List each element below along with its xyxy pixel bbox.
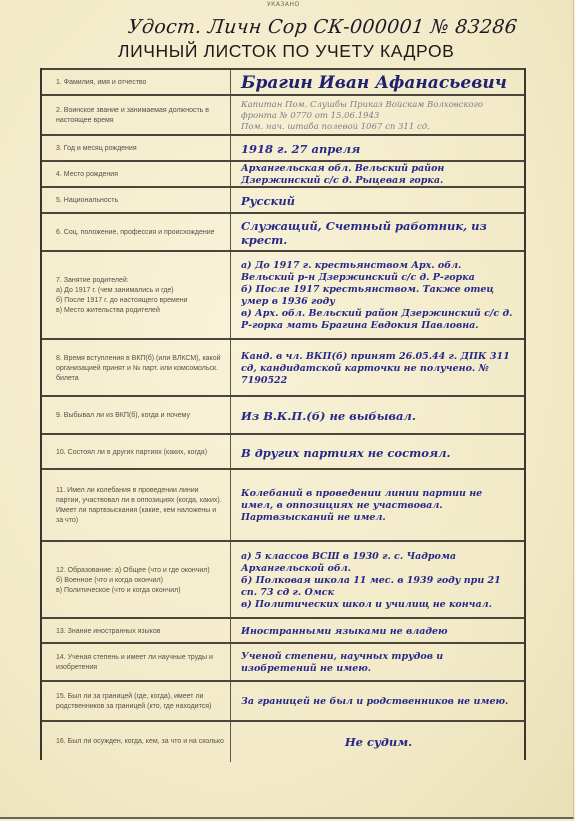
answer-military-rank: Капитан Пом. Слушбы Приказ Войскам Волхо…: [231, 96, 524, 136]
question-label: 2. Воинское звание и занимаемая должност…: [56, 106, 224, 126]
question-label: 10. Состоял ли в других партиях (каких, …: [56, 448, 207, 458]
form-row-languages: 13. Знание иностранных языков Иностранны…: [42, 617, 524, 644]
answer-full-name: Брагин Иван Афанасьевич: [231, 70, 524, 96]
answer-party-entry: Канд. в чл. ВКП(б) принят 26.05.44 г. ДП…: [231, 340, 524, 397]
personnel-form-table: 1. Фамилия, имя и отчество Брагин Иван А…: [40, 68, 526, 760]
answer-education: а) 5 классов ВСШ в 1930 г. с. Чадрома Ар…: [231, 542, 524, 619]
answer-party-line: Колебаний в проведении линии партии не и…: [231, 470, 524, 542]
answer-party-exit: Из В.К.П.(б) не выбывал.: [231, 397, 524, 435]
answer-academic-degree: Ученой степени, научных трудов и изобрет…: [231, 644, 524, 682]
form-row-full-name: 1. Фамилия, имя и отчество Брагин Иван А…: [42, 68, 524, 96]
form-row-birth-date: 3. Год и месяц рождения 1918 г. 27 апрел…: [42, 134, 524, 162]
form-row-other-parties: 10. Состоял ли в других партиях (каких, …: [42, 433, 524, 470]
question-label: 9. Выбывал ли из ВКП(б), когда и почему: [56, 411, 190, 421]
form-row-academic-degree: 14. Ученая степень и имеет ли научные тр…: [42, 642, 524, 682]
question-label: 15. Был ли за границей (где, когда), име…: [56, 692, 224, 712]
question-label: 5. Национальность: [56, 196, 118, 206]
handwritten-certificate-ref: Удост. Личн Сор СК-000001 № 83286: [127, 16, 518, 38]
answer-convictions: Не судим.: [231, 722, 524, 762]
answer-birth-place: Архангельская обл. Вельский район Дзержи…: [231, 162, 524, 188]
question-label: 16. Был ли осужден, когда, кем, за что и…: [56, 737, 224, 747]
answer-social-status: Служащий, Счетный работник, из крест.: [231, 214, 524, 252]
answer-parents-occupation: а) До 1917 г. крестьянством Арх. обл. Ве…: [231, 252, 524, 340]
form-row-parents-occupation: 7. Занятие родителей: а) До 1917 г. (чем…: [42, 250, 524, 340]
question-label: 7. Занятие родителей: а) До 1917 г. (чем…: [56, 276, 188, 316]
answer-nationality: Русский: [231, 188, 524, 214]
form-row-birth-place: 4. Место рождения Архангельская обл. Вел…: [42, 160, 524, 188]
question-label: 3. Год и месяц рождения: [56, 144, 137, 154]
top-stamp: УКАЗАНО: [267, 1, 300, 8]
answer-languages: Иностранными языками не владею: [231, 619, 524, 644]
question-label: 13. Знание иностранных языков: [56, 627, 160, 637]
question-label: 8. Время вступления в ВКП(б) (или ВЛКСМ)…: [56, 354, 224, 384]
question-label: 14. Ученая степень и имеет ли научные тр…: [56, 653, 224, 673]
question-label: 4. Место рождения: [56, 170, 118, 180]
form-row-abroad: 15. Был ли за границей (где, когда), име…: [42, 680, 524, 722]
form-row-party-entry: 8. Время вступления в ВКП(б) (или ВЛКСМ)…: [42, 338, 524, 397]
form-row-social-status: 6. Соц. положение, профессия и происхожд…: [42, 212, 524, 252]
question-label: 12. Образование: а) Общее (что и где око…: [56, 566, 210, 596]
form-row-military-rank: 2. Воинское звание и занимаемая должност…: [42, 94, 524, 136]
form-row-party-line: 11. Имел ли колебания в проведении линии…: [42, 468, 524, 542]
form-row-party-exit: 9. Выбывал ли из ВКП(б), когда и почему …: [42, 395, 524, 435]
form-row-nationality: 5. Национальность Русский: [42, 186, 524, 214]
form-row-education: 12. Образование: а) Общее (что и где око…: [42, 540, 524, 619]
question-label: 11. Имел ли колебания в проведении линии…: [56, 486, 224, 526]
form-title: ЛИЧНЫЙ ЛИСТОК ПО УЧЕТУ КАДРОВ: [118, 41, 454, 62]
form-row-convictions: 16. Был ли осужден, когда, кем, за что и…: [42, 720, 524, 762]
answer-other-parties: В других партиях не состоял.: [231, 435, 524, 470]
answer-abroad: За границей не был и родственников не им…: [231, 682, 524, 722]
question-label: 1. Фамилия, имя и отчество: [56, 78, 146, 88]
question-label: 6. Соц. положение, профессия и происхожд…: [56, 228, 215, 238]
answer-birth-date: 1918 г. 27 апреля: [231, 136, 524, 162]
